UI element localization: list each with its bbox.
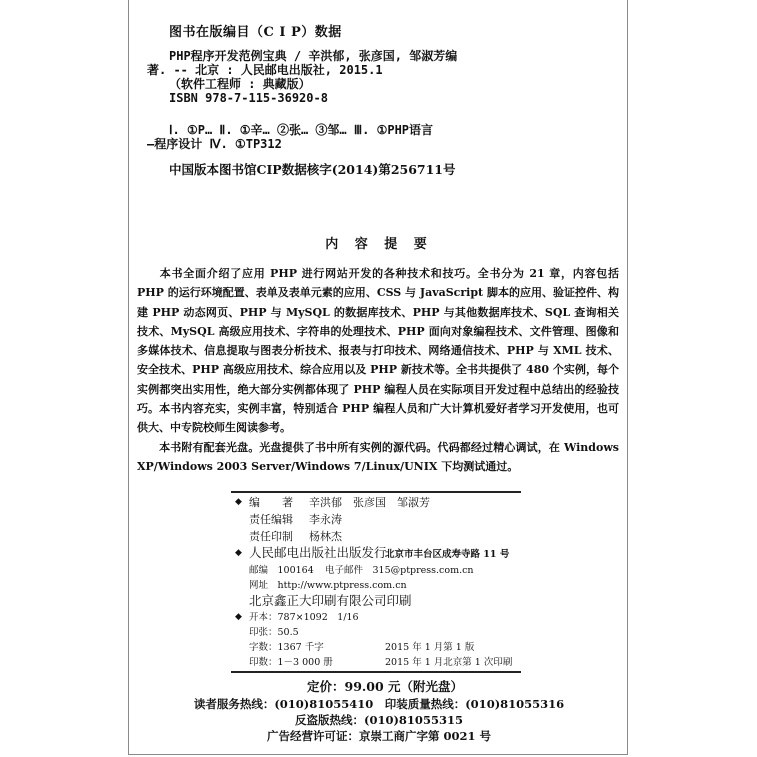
authors-label: 编 著 [249,495,293,511]
sheets: 印张：50.5 [249,625,299,641]
format: 开本：787×1092 1/16 [249,610,359,626]
word-count: 字数：1367 千字 [249,640,324,656]
cip-isbn: ISBN 978-7-115-36920-8 [169,91,328,105]
postcode: 邮编 100164 [249,563,314,579]
summary-paragraph-2: 本书内容充实，实例丰富，特别适合 PHP 编程人员和广大计算机爱好者学习开发使用… [137,399,619,438]
cip-number: 中国版本图书馆CIP数据核字(2014)第256711号 [169,163,456,177]
summary-paragraph-1: 本书全面介绍了应用 PHP 进行网站开发的各种技术和技巧。全书分为 21 章，内… [137,264,619,418]
cip-book-title: PHP程序开发范例宝典 / 辛洪郁, 张彦国, 邹淑芳编 [169,49,457,63]
edition: 2015 年 1 月第 1 版 [385,640,474,656]
imprint-bottom-rule [231,671,521,673]
advertising-license: 广告经营许可证：京崇工商广字第 0021 号 [129,728,629,744]
imprint-top-rule [231,491,521,493]
authors: 辛洪郁 张彦国 邹淑芳 [309,495,430,511]
summary-title: 内 容 提 要 [129,233,629,252]
printing: 2015 年 1 月北京第 1 次印刷 [385,655,512,671]
print-house: 北京鑫正大印刷有限公司印刷 [249,593,412,609]
cip-series: （软件工程师 : 典藏版） [169,77,311,91]
website: 网址 http://www.ptpress.com.cn [249,578,407,594]
bullet-icon: ◆ [235,497,242,507]
editor-label: 责任编辑 [249,512,293,528]
print-supervisor: 杨林杰 [309,529,342,545]
hotline-service-quality: 读者服务热线：(010)81055410 印装质量热线：(010)8105531… [129,696,629,712]
cip-classification-1: Ⅰ. ①P… Ⅱ. ①辛… ②张… ③邹… Ⅲ. ①PHP语言 [169,123,433,137]
price: 定价：99.00 元（附光盘） [129,677,635,695]
publisher: 人民邮电出版社出版发行 [249,545,387,561]
print-supervisor-label: 责任印制 [249,529,293,545]
bullet-icon: ◆ [235,612,242,622]
copyright-page: 图书在版编目（C I P）数据 PHP程序开发范例宝典 / 辛洪郁, 张彦国, … [128,0,628,755]
print-run: 印数：1－3 000 册 [249,655,333,671]
publisher-address: 北京市丰台区成寿寺路 11 号 [385,547,509,563]
summary-paragraph-3: 本书附有配套光盘。光盘提供了书中所有实例的源代码。代码都经过精心调试，在 Win… [137,438,619,477]
cip-title: 图书在版编目（C I P）数据 [169,21,342,40]
cip-classification-2: —程序设计 Ⅳ. ①TP312 [147,137,282,151]
email: 电子邮件 315@ptpress.com.cn [325,563,474,579]
cip-publisher-line: 著. -- 北京 : 人民邮电出版社, 2015.1 [147,63,383,77]
hotline-anti-piracy: 反盗版热线：(010)81055315 [129,712,629,728]
editor: 李永涛 [309,512,342,528]
bullet-icon: ◆ [235,548,242,558]
